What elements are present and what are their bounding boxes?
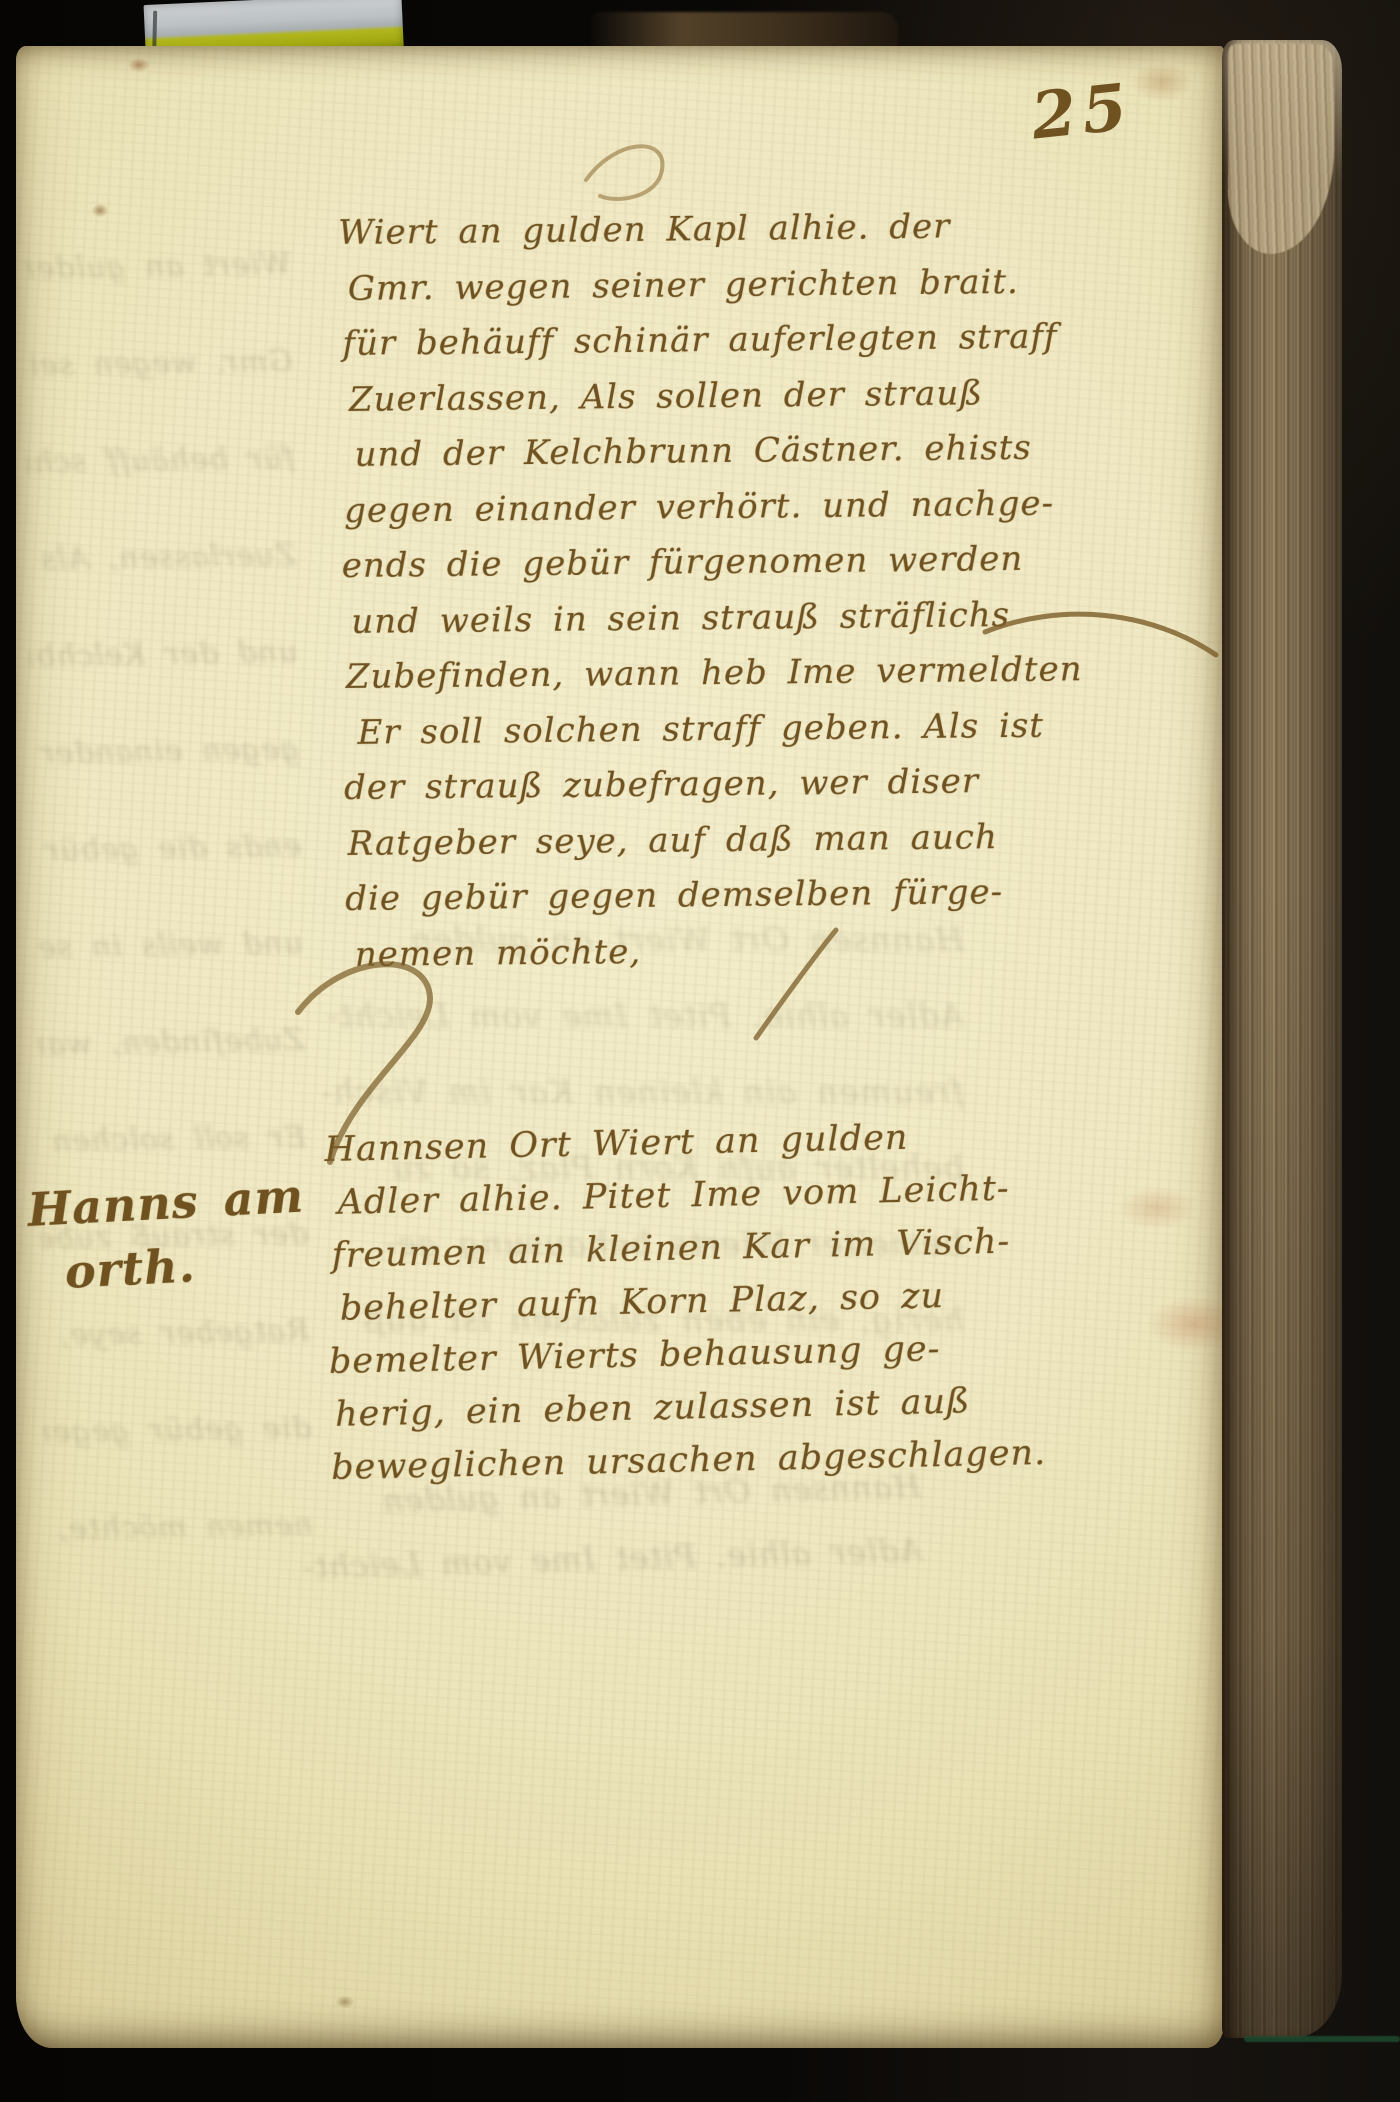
manuscript-line: ends die gebür fürgenomen werden — [341, 530, 1214, 595]
manuscript-line: gegen einander verhört. und nachge- — [344, 474, 1214, 539]
manuscript-photo: Wiert an gulden Kapl alhie. derGmr. wege… — [0, 0, 1400, 2102]
desk-edge-line — [1244, 2036, 1400, 2042]
paragraph-2: Hannsen Ort Wiert an guldenAdler alhie. … — [324, 1105, 1218, 1494]
paragraph-1: Wiert an gulden Kapl alhie. derGmr. wege… — [338, 197, 1218, 983]
manuscript-line: Wiert an gulden Kapl alhie. der — [338, 197, 1211, 262]
manuscript-line: die gebür gegen demselben fürge- — [345, 863, 1218, 928]
manuscript-line: und weils in sein strauß sträflichs — [351, 585, 1215, 650]
manuscript-line: Gmr. wegen seiner gerichten brait. — [348, 252, 1212, 317]
margin-note: Hanns amorth. — [26, 1164, 309, 1306]
manuscript-line: und der Kelchbrunn Cästner. ehists — [354, 419, 1213, 483]
manuscript-line: Ratgeber seye, auf daß man auch — [347, 807, 1217, 872]
manuscript-line: der strauß zubefragen, wer diser — [344, 752, 1217, 817]
folio-number: 25 — [1028, 69, 1136, 154]
manuscript-line: Zuerlassen, Als sollen der strauß — [349, 363, 1213, 428]
book-fore-edge — [1222, 40, 1342, 2038]
manuscript-line: nemen möchte, — [355, 918, 1219, 983]
manuscript-line: Er soll solchen straff geben. Als ist — [357, 696, 1216, 760]
manuscript-line: für behäuff schinär auferlegten straff — [342, 308, 1212, 373]
manuscript-line: Zubefinden, wann heb Ime vermeldten — [346, 641, 1216, 706]
margin-note-line: orth. — [63, 1227, 309, 1304]
